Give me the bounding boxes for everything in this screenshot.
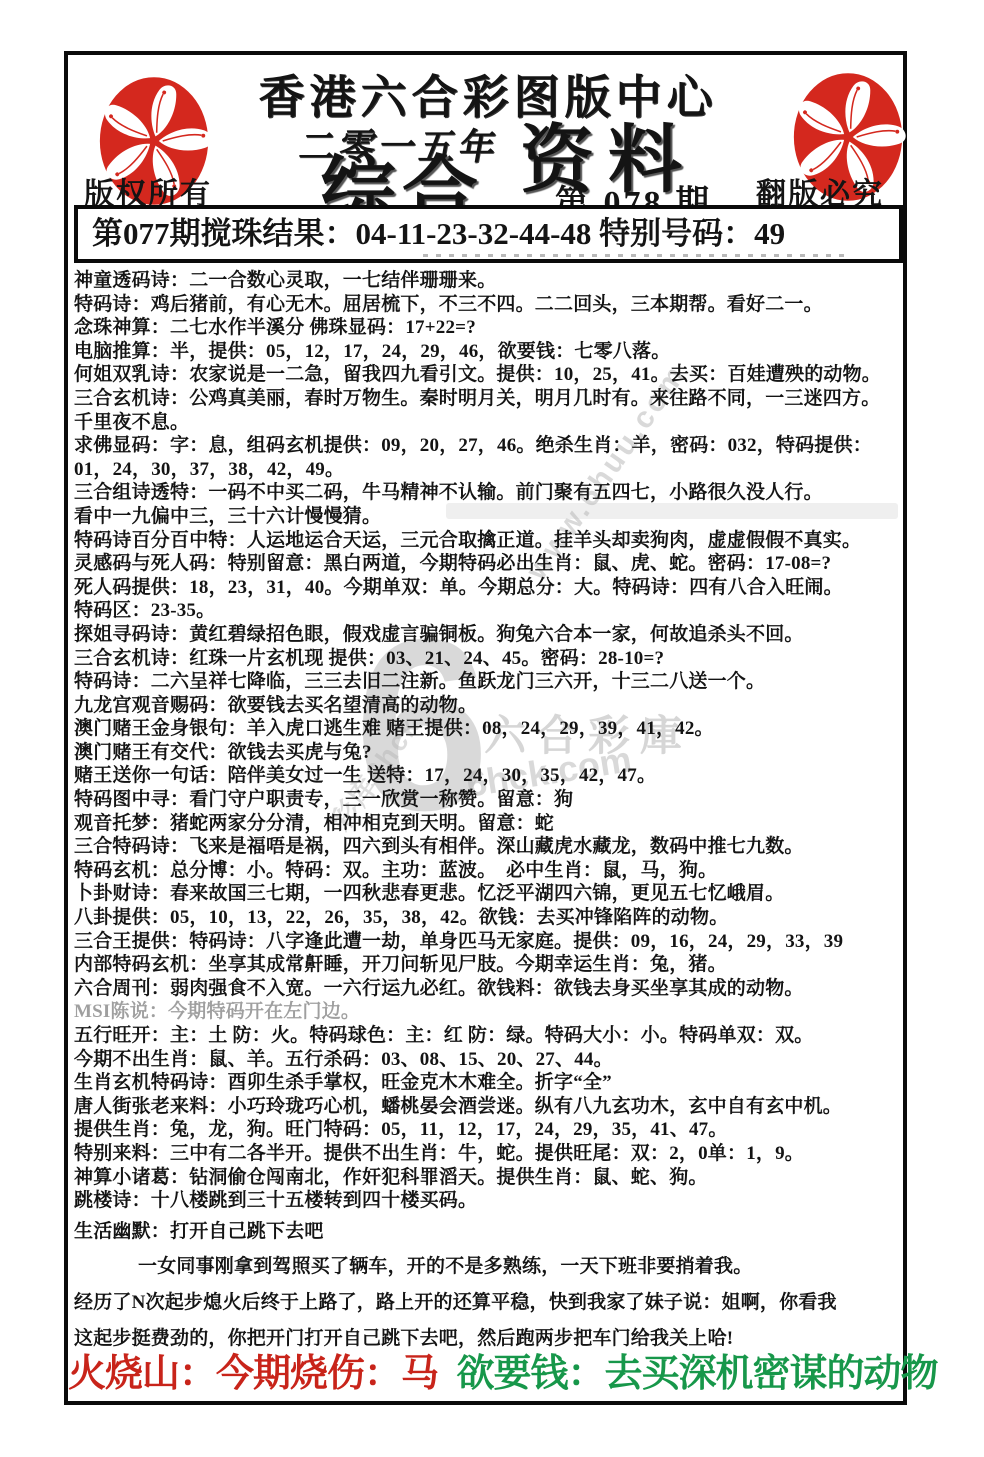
body-line: 跳楼诗：十八楼跳到三十五楼转到四十楼买码。 [74, 1189, 898, 1213]
body-line: 千里夜不息。 [74, 411, 898, 435]
body-line: 三合玄机诗：红珠一片玄机现 提供：03、21、24、45。密码：28-10=? [74, 647, 898, 671]
body-line: 八卦提供：05，10，13，22，26，35，38，42。欲钱：去买冲锋陷阵的动… [74, 906, 898, 930]
body-line: 三合组诗透特：一码不中买二码，牛马精神不认输。前门聚有五四七，小路很久没人行。 [74, 481, 898, 505]
body-line: 观音托梦：猪蛇两家分分清，相冲相克到天明。留意：蛇 [74, 812, 898, 836]
body-line: 特码玄机：总分博：小。特码：双。主功：蓝波。 必中生肖：鼠，马，狗。 [74, 859, 898, 883]
body-line: 何姐双乳诗：农家说是一二急，留我四九看引文。提供：10，25，41。去买：百娃遭… [74, 363, 898, 387]
body-line: 生肖玄机特码诗：酉卯生杀手掌权，旺金克木木难全。折字“全” [74, 1071, 898, 1095]
body-line: 唐人街张老来料：小巧玲珑巧心机，蟠桃晏会酒尝迷。纵有八九玄功木，玄中自有玄中机。 [74, 1095, 898, 1119]
body-line: 六合周刊：弱肉强食不入宽。一六行运九必红。欲钱料：欲钱去身买坐享其成的动物。 [74, 977, 898, 1001]
body-line: 特码诗：鸡后猪前，有心无木。屈居梳下，不三不四。二二回头，三本期帮。看好二一。 [74, 293, 898, 317]
body-line: 内部特码玄机：坐享其成常鼾睡，开刀问斩见尸肢。今期幸运生肖：兔，猪。 [74, 953, 898, 977]
body-line: 特码图中寻：看门守户职责专，三一欣赏一称赞。留意：狗 [74, 788, 898, 812]
body-line: 五行旺开：主：土 防：火。特码球色：主：红 防：绿。特码大小：小。特码单双：双。 [74, 1024, 898, 1048]
body-line: 探姐寻码诗：黄红碧绿招色眼，假戏虚言骗铜板。狗兔六合本一家，何故追杀头不回。 [74, 623, 898, 647]
body-line: 一女同事刚拿到驾照买了辆车，开的不是多熟练，一天下班非要捎着我。 [74, 1255, 898, 1279]
body-lines: 神童透码诗：二一合数心灵取，一七结伴珊珊来。特码诗：鸡后猪前，有心无木。屈居梳下… [74, 269, 898, 1350]
erased-text-remnant [423, 254, 850, 257]
body-line: 神童透码诗：二一合数心灵取，一七结伴珊珊来。 [74, 269, 898, 293]
body-line: 三合玄机诗：公鸡真美丽，春时万物生。秦时明月关，明月几时有。来往路不同，一三迷四… [74, 387, 898, 411]
body-line: 看中一九偏中三，三十六计慢慢猜。 [74, 505, 898, 529]
body-line: 神算小诸葛：钻洞偷仓闯南北，作奸犯科罪滔天。提供生肖：鼠、蛇、狗。 [74, 1166, 898, 1190]
body-line: 三合特码诗：飞来是福唔是祸，四六到头有相伴。深山藏虎水藏龙，数码中推七九数。 [74, 835, 898, 859]
body-line: 01，24，30，37，38，42，49。 [74, 458, 898, 482]
body-line: 灵感码与死人码：特别留意：黑白两道，今期特码必出生肖：鼠、虎、蛇。密码：17-0… [74, 552, 898, 576]
body-line: 经历了N次起步熄火后终于上路了，路上开的还算平稳，快到我家了妹子说：姐啊，你看我 [74, 1291, 898, 1315]
footer-red-text: 火烧山：今期烧伤：马 [68, 1353, 438, 1395]
body-line: 求佛显码：字：息，组码玄机提供：09，20，27，46。绝杀生肖：羊，密码：03… [74, 434, 898, 458]
main-frame: 香港六合彩图版中心 二零一五年 综合 资料 第 078 期 版权所有 翻版必究 … [64, 51, 907, 1405]
footer-green-text: 欲要钱：去买深机密谋的动物 [457, 1353, 938, 1395]
body-line: MSI陈说：今期特码开在左门边。 [74, 1000, 898, 1024]
footer-prediction: 火烧山：今期烧伤：马 欲要钱：去买深机密谋的动物 [68, 1342, 903, 1397]
body-line: 九龙宫观音赐码：欲要钱去买名望清高的动物。 [74, 694, 898, 718]
body-line: 三合王提供：特码诗：八字逢此遭一劫，单身匹马无家庭。提供：09，16，24，29… [74, 930, 898, 954]
body-line: 澳门赌王金身银句：羊入虎口逃生难 赌王提供：08，24，29，39，41，42。 [74, 717, 898, 741]
body-line: 念珠神算：二七水作半溪分 佛珠显码：17+22=? [74, 316, 898, 340]
body-line: 生活幽默：打开自己跳下去吧 [74, 1220, 898, 1244]
body-line: 提供生肖：兔，龙，狗。旺门特码：05，11，12，17，24，29，35，41、… [74, 1118, 898, 1142]
page: 香港六合彩图版中心 二零一五年 综合 资料 第 078 期 版权所有 翻版必究 … [0, 0, 984, 1457]
result-text: 第077期搅珠结果：04-11-23-32-44-48 特别号码：49 [92, 216, 785, 251]
body-line: 澳门赌王有交代：欲钱去买虎与兔? [74, 741, 898, 765]
body-line: 特别来料：三中有二各半开。提供不出生肖：牛，蛇。提供旺尾：双：2，0单：1，9。 [74, 1142, 898, 1166]
body-line: 特码诗百分百中特：人运地运合天运，三元合取擒正道。挂羊头却卖狗肉，虚虚假假不真实… [74, 529, 898, 553]
body-line: 卜卦财诗：春来故国三七期，一四秋悲春更悲。忆泛平湖四六锦，更见五七忆峨眉。 [74, 882, 898, 906]
body-line: 电脑推算：半，提供：05，12，17，24，29，46，欲要钱：七零八落。 [74, 340, 898, 364]
body-line: 死人码提供：18，23，31，40。今期单双：单。今期总分：大。特码诗：四有八合… [74, 576, 898, 600]
result-bar: 第077期搅珠结果：04-11-23-32-44-48 特别号码：49 [74, 205, 903, 263]
body-line: 赌王送你一句话：陪伴美女过一生 送特：17，24，30，35，42，47。 [74, 764, 898, 788]
body-line: 特码诗：二六呈祥七降临，三三去旧二注新。鱼跃龙门三六开，十三二八送一个。 [74, 670, 898, 694]
body-line: 今期不出生肖：鼠、羊。五行杀码：03、08、15、20、27、44。 [74, 1048, 898, 1072]
body-line: 特码区：23-35。 [74, 599, 898, 623]
